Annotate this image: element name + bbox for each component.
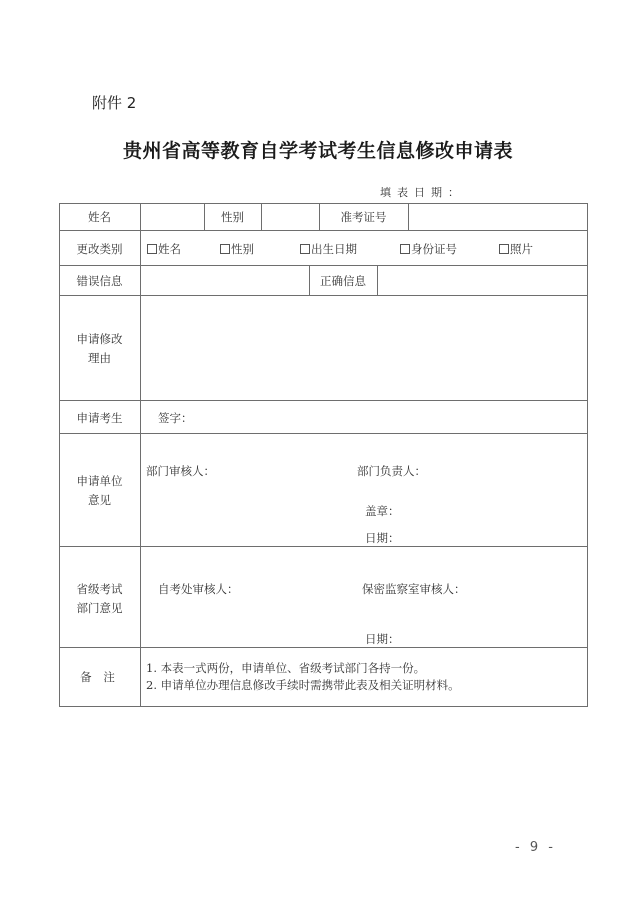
applicant-label: 申请考生	[59, 410, 140, 426]
gender-label: 性别	[204, 209, 261, 225]
row-divider	[59, 400, 588, 401]
row-divider	[59, 647, 588, 648]
notes-label: 备 注	[59, 669, 140, 685]
checkbox-icon	[499, 244, 509, 254]
checkbox-icon	[147, 244, 157, 254]
table-border-bottom	[59, 706, 588, 707]
checkbox-id-number[interactable]: 身份证号	[400, 241, 457, 257]
change-type-label: 更改类别	[59, 241, 140, 257]
ticket-number-field[interactable]	[409, 204, 587, 230]
signature-label: 签字：	[158, 410, 193, 426]
checkbox-icon	[400, 244, 410, 254]
page-number: - 9 -	[515, 840, 556, 855]
row-divider	[59, 546, 588, 547]
correct-info-label: 正确信息	[309, 273, 377, 289]
wrong-info-label: 错误信息	[59, 273, 140, 289]
correct-info-field[interactable]	[378, 266, 587, 295]
security-reviewer-label: 保密监察室审核人：	[362, 581, 466, 597]
checkbox-icon	[220, 244, 230, 254]
dept-head-label: 部门负责人：	[357, 463, 426, 479]
provincial-opinion-label: 省级考试 部门意见	[59, 580, 140, 618]
self-exam-reviewer-label: 自考处审核人：	[158, 581, 239, 597]
provincial-date-label: 日期：	[365, 631, 400, 647]
unit-opinion-label: 申请单位 意见	[59, 472, 140, 510]
form-title: 贵州省高等教育自学考试考生信息修改申请表	[0, 136, 636, 163]
checkbox-birthdate[interactable]: 出生日期	[300, 241, 357, 257]
checkbox-gender[interactable]: 性别	[220, 241, 254, 257]
row-divider	[59, 230, 588, 231]
checkbox-icon	[300, 244, 310, 254]
dept-reviewer-label: 部门审核人：	[146, 463, 215, 479]
unit-date-label: 日期：	[365, 530, 400, 546]
row-divider	[59, 433, 588, 434]
seal-label: 盖章：	[365, 503, 400, 519]
notes-list: 1. 本表一式两份，申请单位、省级考试部门各持一份。 2. 申请单位办理信息修改…	[146, 660, 460, 694]
attachment-label: 附件 2	[92, 92, 136, 113]
table-border-right	[587, 203, 588, 707]
name-label: 姓名	[59, 209, 140, 225]
ticket-number-label: 准考证号	[319, 209, 408, 225]
checkbox-photo[interactable]: 照片	[499, 241, 533, 257]
reason-field[interactable]	[141, 296, 587, 400]
note-item: 1. 本表一式两份，申请单位、省级考试部门各持一份。	[146, 660, 460, 677]
note-item: 2. 申请单位办理信息修改手续时需携带此表及相关证明材料。	[146, 677, 460, 694]
fill-date-label: 填表日期：	[380, 184, 465, 200]
wrong-info-field[interactable]	[141, 266, 309, 295]
reason-label: 申请修改 理由	[59, 330, 140, 368]
name-field[interactable]	[141, 204, 204, 230]
gender-field[interactable]	[262, 204, 319, 230]
checkbox-name[interactable]: 姓名	[147, 241, 181, 257]
